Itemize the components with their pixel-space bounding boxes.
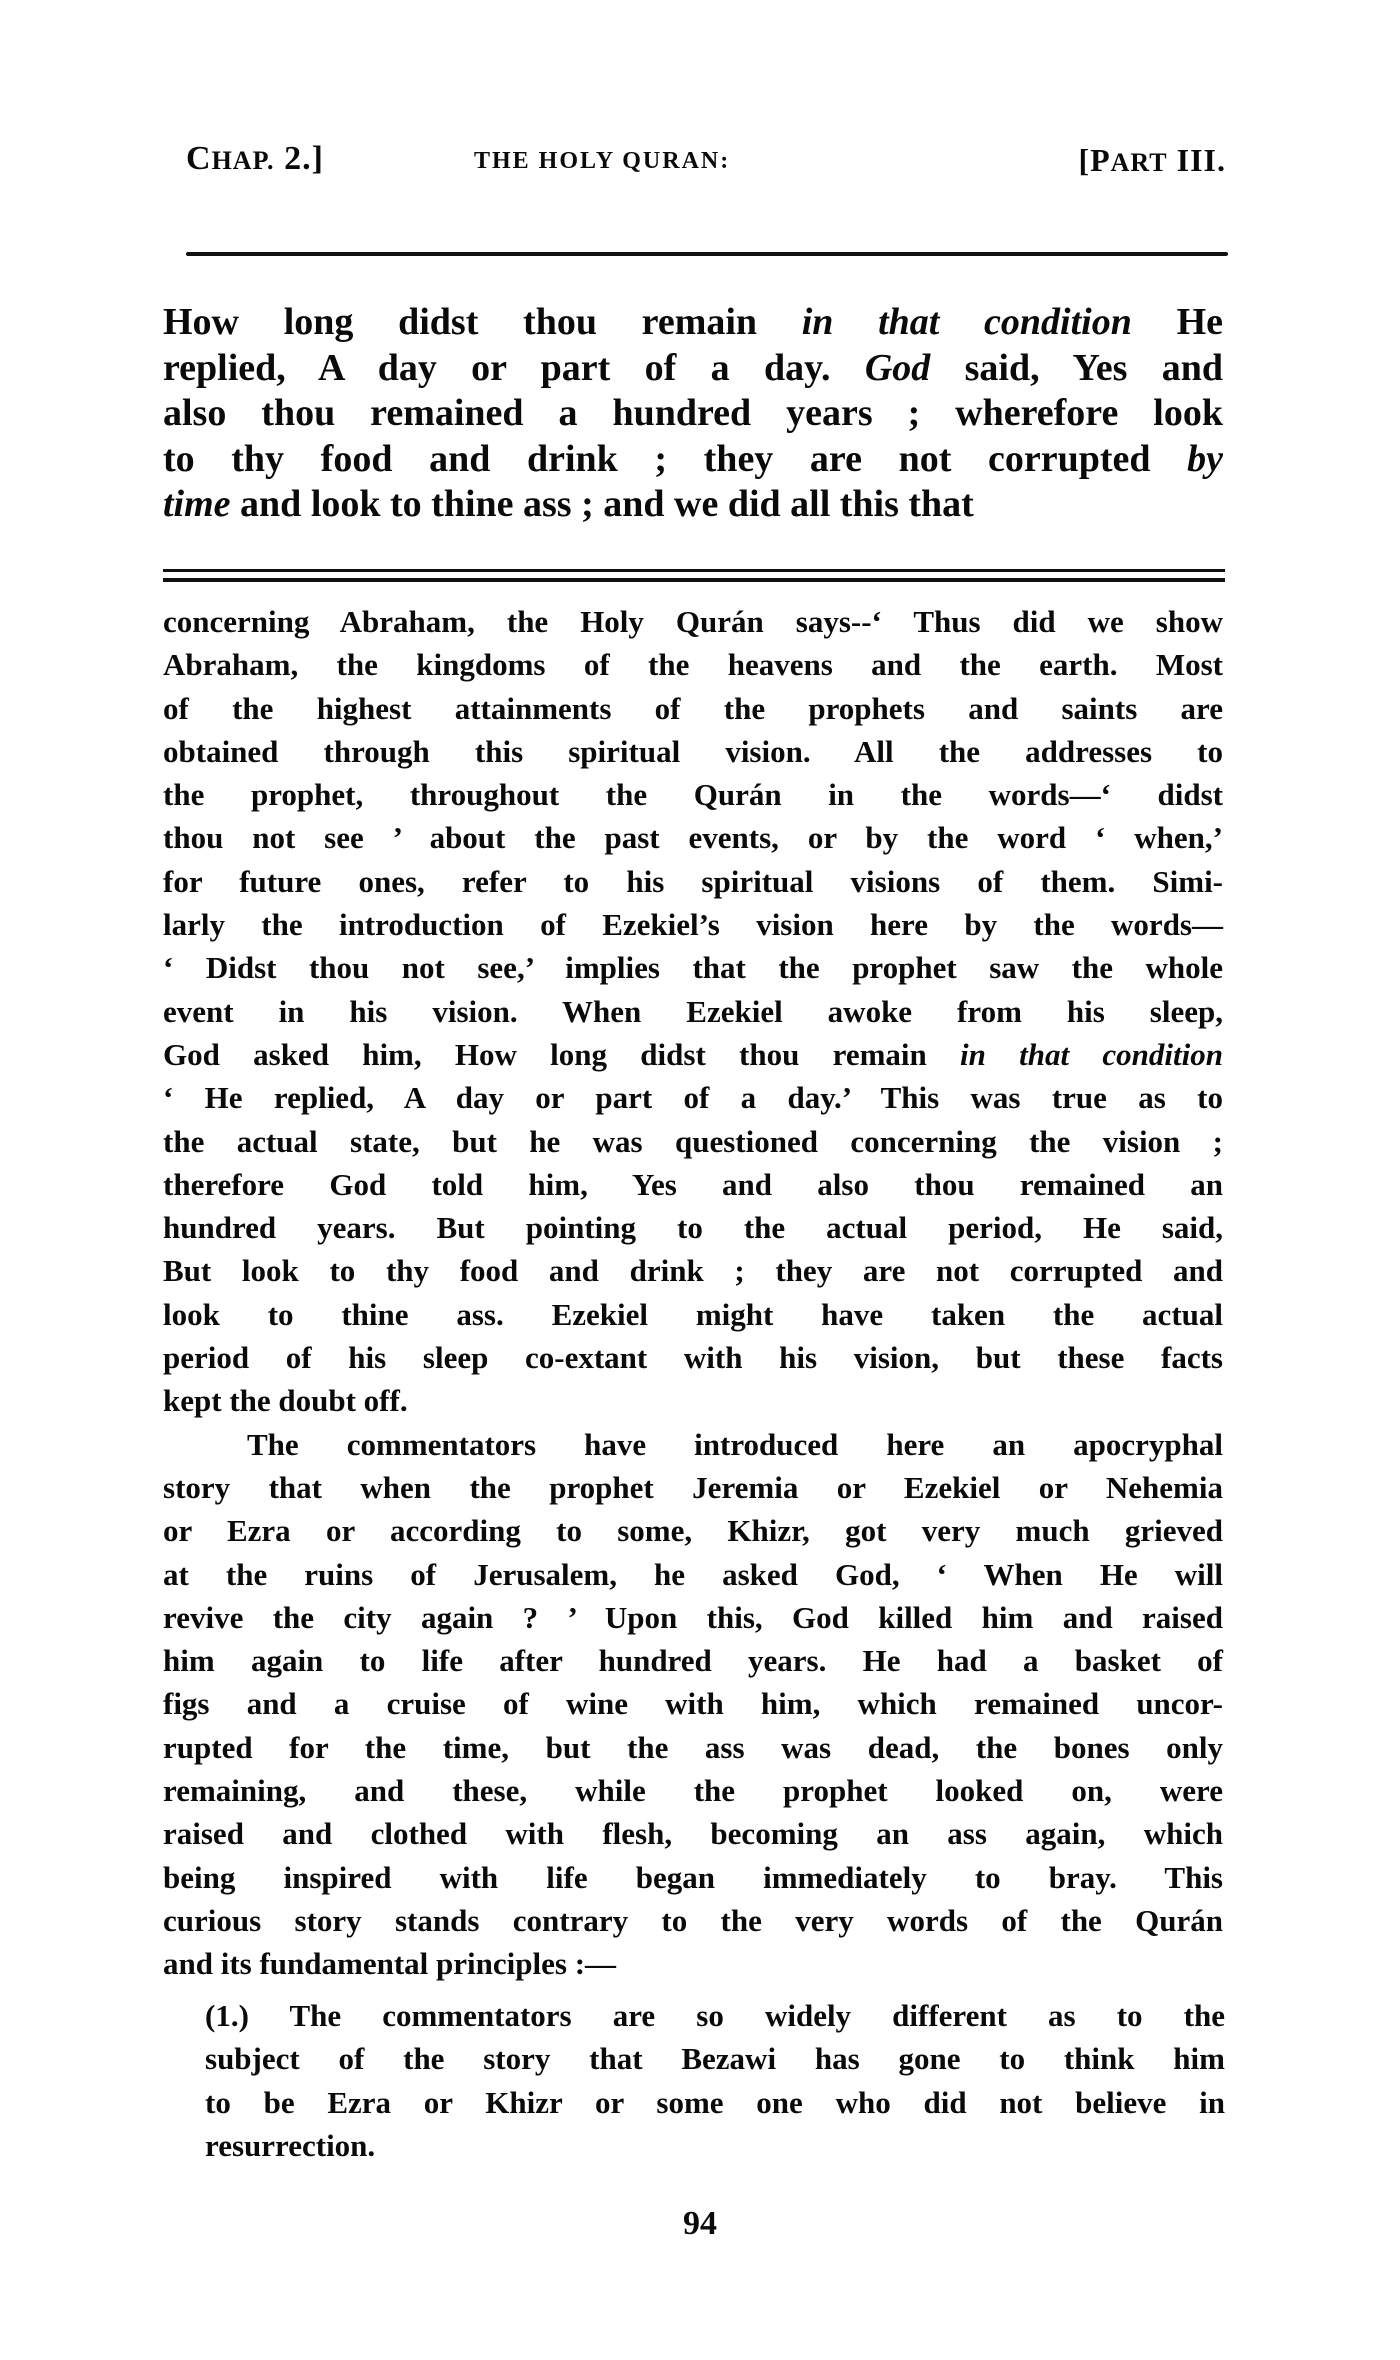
text-run: for future ones, refer to his spiritual … (163, 864, 1223, 899)
text-line: the prophet, throughout the Qurán in the… (163, 773, 1223, 816)
text-line: kept the doubt off. (163, 1379, 1223, 1422)
footnote-separator-rule-bottom (163, 578, 1225, 582)
italic-text: in that condition (960, 1037, 1223, 1072)
text-line: story that when the prophet Jeremia or E… (163, 1466, 1223, 1509)
text-line: But look to thy food and drink ; they ar… (163, 1249, 1223, 1292)
text-run: also thou remained a hundred years ; whe… (163, 392, 1223, 434)
text-run: and its fundamental principles :— (163, 1946, 616, 1981)
text-line: of the highest attainments of the prophe… (163, 687, 1223, 730)
text-run: Abraham, the kingdoms of the heavens and… (163, 647, 1223, 682)
text-run: the actual state, but he was questioned … (163, 1124, 1223, 1159)
text-run: replied, A day or part of a day. (163, 347, 865, 389)
text-run: figs and a cruise of wine with him, whic… (163, 1686, 1223, 1721)
text-run: ‘ He replied, A day or part of a day.’ T… (163, 1080, 1223, 1115)
part-label: [PART III. (1078, 142, 1226, 179)
italic-text: time (163, 483, 231, 525)
text-line: revive the city again ? ’ Upon this, God… (163, 1596, 1223, 1639)
text-run: kept the doubt off. (163, 1383, 408, 1418)
text-run: larly the introduction of Ezekiel’s visi… (163, 907, 1223, 942)
text-line: being inspired with life began immediate… (163, 1856, 1223, 1899)
italic-text: in that condition (802, 301, 1132, 343)
text-line: to thy food and drink ; they are not cor… (163, 437, 1223, 483)
text-line: God asked him, How long didst thou remai… (163, 1033, 1223, 1076)
text-run: hundred years. But pointing to the actua… (163, 1210, 1223, 1245)
text-run: look to thine ass. Ezekiel might have ta… (163, 1297, 1223, 1332)
italic-text: God (865, 347, 930, 389)
main-text: How long didst thou remain in that condi… (163, 300, 1223, 528)
text-run: He (1132, 301, 1223, 343)
footnote-numbered-item-1: (1.) The commentators are so widely diff… (205, 1994, 1225, 2167)
text-run: thou not see ’ about the past events, or… (163, 820, 1223, 855)
chapter-label: CHAP. 2.] (186, 140, 324, 178)
text-line: to be Ezra or Khizr or some one who did … (205, 2081, 1225, 2124)
text-run: How long didst thou remain (163, 301, 802, 343)
text-run: the prophet, throughout the Qurán in the… (163, 777, 1223, 812)
text-run: and look to thine ass ; and we did all t… (231, 483, 974, 525)
book-page: CHAP. 2.] THE HOLY QURAN: [PART III. How… (0, 0, 1400, 2360)
text-line: him again to life after hundred years. H… (163, 1639, 1223, 1682)
text-run: remaining, and these, while the prophet … (163, 1773, 1223, 1808)
text-line: look to thine ass. Ezekiel might have ta… (163, 1293, 1223, 1336)
footnote-separator-rule-top (163, 569, 1225, 572)
text-run: therefore God told him, Yes and also tho… (163, 1167, 1223, 1202)
text-run: concerning Abraham, the Holy Qurán says-… (163, 604, 1223, 639)
text-line: subject of the story that Bezawi has gon… (205, 2037, 1225, 2080)
text-line: also thou remained a hundred years ; whe… (163, 391, 1223, 437)
text-line: resurrection. (205, 2124, 1225, 2167)
text-run: raised and clothed with flesh, becoming … (163, 1816, 1223, 1851)
text-run: being inspired with life began immediate… (163, 1860, 1223, 1895)
text-run: said, Yes and (930, 347, 1223, 389)
text-line: Abraham, the kingdoms of the heavens and… (163, 643, 1223, 686)
text-run: story that when the prophet Jeremia or E… (163, 1470, 1223, 1505)
text-line: therefore God told him, Yes and also tho… (163, 1163, 1223, 1206)
italic-text: by (1187, 438, 1223, 480)
text-line: remaining, and these, while the prophet … (163, 1769, 1223, 1812)
text-line: for future ones, refer to his spiritual … (163, 860, 1223, 903)
text-line: the actual state, but he was questioned … (163, 1120, 1223, 1163)
book-title: THE HOLY QURAN: (474, 148, 730, 175)
text-run: The commentators have introduced here an… (247, 1427, 1223, 1462)
running-head: CHAP. 2.] THE HOLY QURAN: [PART III. (186, 140, 1226, 190)
text-run: God asked him, How long didst thou remai… (163, 1037, 960, 1072)
text-run: period of his sleep co-extant with his v… (163, 1340, 1223, 1375)
text-run: curious story stands contrary to the ver… (163, 1903, 1223, 1938)
page-number: 94 (0, 2205, 1400, 2243)
text-line: period of his sleep co-extant with his v… (163, 1336, 1223, 1379)
text-line: concerning Abraham, the Holy Qurán says-… (163, 600, 1223, 643)
text-run: to thy food and drink ; they are not cor… (163, 438, 1187, 480)
text-line: figs and a cruise of wine with him, whic… (163, 1682, 1223, 1725)
text-run: at the ruins of Jerusalem, he asked God,… (163, 1557, 1223, 1592)
text-run: of the highest attainments of the prophe… (163, 691, 1223, 726)
text-run: But look to thy food and drink ; they ar… (163, 1253, 1223, 1288)
text-run: event in his vision. When Ezekiel awoke … (163, 994, 1223, 1029)
text-line: obtained through this spiritual vision. … (163, 730, 1223, 773)
text-line: hundred years. But pointing to the actua… (163, 1206, 1223, 1249)
text-line: thou not see ’ about the past events, or… (163, 816, 1223, 859)
text-line: (1.) The commentators are so widely diff… (205, 1994, 1225, 2037)
text-line: rupted for the time, but the ass was dea… (163, 1726, 1223, 1769)
text-line: curious story stands contrary to the ver… (163, 1899, 1223, 1942)
text-run: ‘ Didst thou not see,’ implies that the … (163, 950, 1223, 985)
text-line: The commentators have introduced here an… (163, 1423, 1223, 1466)
text-run: him again to life after hundred years. H… (163, 1643, 1223, 1678)
text-line: ‘ Didst thou not see,’ implies that the … (163, 946, 1223, 989)
text-line: or Ezra or according to some, Khizr, got… (163, 1509, 1223, 1552)
text-run: rupted for the time, but the ass was dea… (163, 1730, 1223, 1765)
text-run: obtained through this spiritual vision. … (163, 734, 1223, 769)
text-run: or Ezra or according to some, Khizr, got… (163, 1513, 1223, 1548)
text-line: ‘ He replied, A day or part of a day.’ T… (163, 1076, 1223, 1119)
text-line: and its fundamental principles :— (163, 1942, 1223, 1985)
text-line: at the ruins of Jerusalem, he asked God,… (163, 1553, 1223, 1596)
text-line: How long didst thou remain in that condi… (163, 300, 1223, 346)
text-line: raised and clothed with flesh, becoming … (163, 1812, 1223, 1855)
footnote-text: concerning Abraham, the Holy Qurán says-… (163, 600, 1223, 1986)
text-line: larly the introduction of Ezekiel’s visi… (163, 903, 1223, 946)
text-line: time and look to thine ass ; and we did … (163, 482, 1223, 528)
text-run: revive the city again ? ’ Upon this, God… (163, 1600, 1223, 1635)
header-rule (186, 252, 1228, 256)
text-line: replied, A day or part of a day. God sai… (163, 346, 1223, 392)
text-line: event in his vision. When Ezekiel awoke … (163, 990, 1223, 1033)
